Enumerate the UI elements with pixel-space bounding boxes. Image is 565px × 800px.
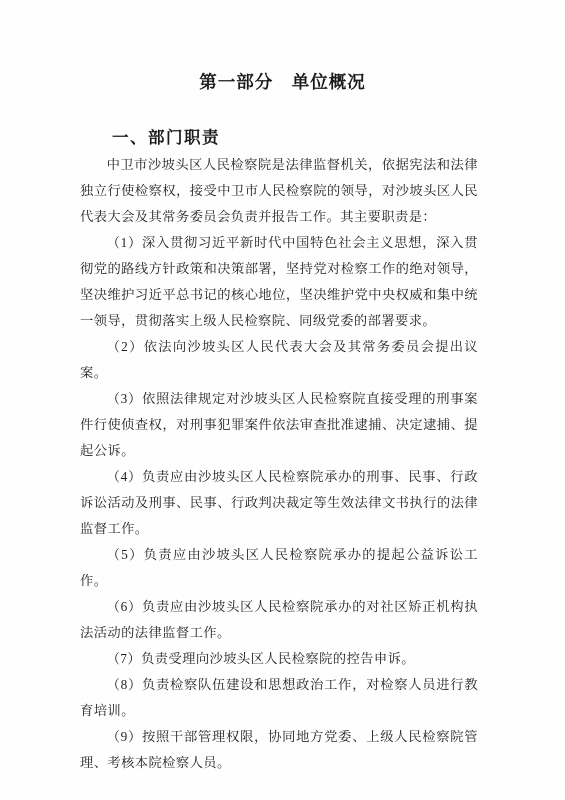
duty-item-5: （5）负责应由沙坡头区人民检察院承办的提起公益诉讼工作。 (80, 542, 478, 594)
duty-item-2: （2）依法向沙坡头区人民代表大会及其常务委员会提出议案。 (80, 334, 478, 386)
duty-item-9: （9）按照干部管理权限，协同地方党委、上级人民检察院管理、考核本院检察人员。 (80, 724, 478, 776)
intro-paragraph: 中卫市沙坡头区人民检察院是法律监督机关，依据宪法和法律独立行使检察权，接受中卫市… (80, 152, 478, 230)
duty-item-4: （4）负责应由沙坡头区人民检察院承办的刑事、民事、行政诉讼活动及刑事、民事、行政… (80, 464, 478, 542)
duty-item-1: （1）深入贯彻习近平新时代中国特色社会主义思想，深入贯彻党的路线方针政策和决策部… (80, 230, 478, 334)
duty-item-3: （3）依照法律规定对沙坡头区人民检察院直接受理的刑事案件行使侦查权，对刑事犯罪案… (80, 386, 478, 464)
duty-item-7: （7）负责受理向沙坡头区人民检察院的控告申诉。 (80, 646, 478, 672)
document-page: 第一部分 单位概况 一、部门职责 中卫市沙坡头区人民检察院是法律监督机关，依据宪… (0, 0, 565, 800)
duty-item-6: （6）负责应由沙坡头区人民检察院承办的对社区矫正机构执法活动的法律监督工作。 (80, 594, 478, 646)
section-heading: 一、部门职责 (80, 128, 478, 149)
document-body: 中卫市沙坡头区人民检察院是法律监督机关，依据宪法和法律独立行使检察权，接受中卫市… (80, 152, 478, 776)
document-content: 一、部门职责 中卫市沙坡头区人民检察院是法律监督机关，依据宪法和法律独立行使检察… (0, 128, 565, 776)
duty-item-8: （8）负责检察队伍建设和思想政治工作，对检察人员进行教育培训。 (80, 672, 478, 724)
document-title: 第一部分 单位概况 (0, 0, 565, 92)
